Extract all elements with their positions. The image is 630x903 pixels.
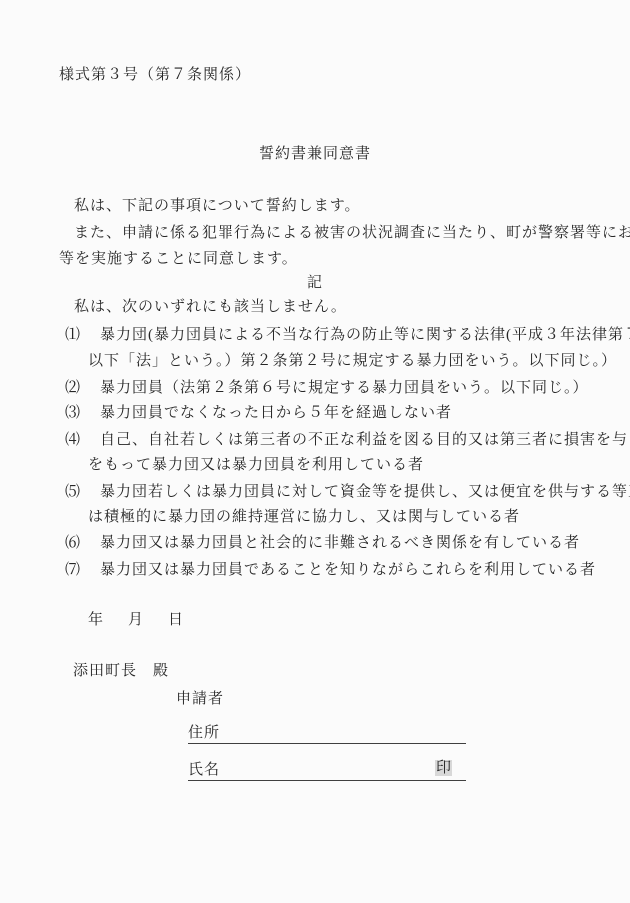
list-item-7: ⑺暴力団又は暴力団員であることを知りながらこれらを利用している者 [65, 561, 596, 579]
item-3-text: 暴力団員でなくなった日から５年を経過しない者 [100, 405, 452, 421]
item-6-number: ⑹ [65, 534, 100, 552]
paragraph-oath: 私は、下記の事項について誓約します。 [74, 197, 361, 215]
list-item-5: ⑸暴力団若しくは暴力団員に対して資金等を提供し、又は便宜を供与する等直接的又 [65, 483, 630, 501]
item-2-text: 暴力団員（法第２条第６号に規定する暴力団員をいう。以下同じ。） [100, 380, 589, 396]
oath-consent-form: 様式第３号（第７条関係） 誓約書兼同意書 私は、下記の事項について誓約します。 … [0, 0, 630, 903]
list-item-4: ⑷自己、自社若しくは第三者の不正な利益を図る目的又は第三者に損害を与える目的 [65, 431, 630, 449]
applicant-label: 申請者 [176, 690, 224, 708]
item-4-text: 自己、自社若しくは第三者の不正な利益を図る目的又は第三者に損害を与える目的 [100, 432, 630, 448]
item-3-number: ⑶ [65, 404, 100, 422]
paragraph-declaration: 私は、次のいずれにも該当しません。 [74, 298, 347, 316]
list-item-1: ⑴暴力団(暴力団員による不当な行為の防止等に関する法律(平成３年法律第７７号。 [65, 326, 630, 344]
date-year-label: 年 [88, 611, 104, 629]
list-item-6: ⑹暴力団又は暴力団員と社会的に非難されるべき関係を有している者 [65, 534, 580, 552]
date-month-label: 月 [128, 611, 144, 629]
list-item-3: ⑶暴力団員でなくなった日から５年を経過しない者 [65, 404, 452, 422]
name-field[interactable]: 氏名 印 [188, 762, 466, 781]
item-5-number: ⑸ [65, 483, 100, 501]
item-5-text: 暴力団若しくは暴力団員に対して資金等を提供し、又は便宜を供与する等直接的又 [100, 484, 630, 500]
paragraph-consent-line2: 等を実施することに同意します。 [59, 250, 298, 268]
form-number: 様式第３号（第７条関係） [59, 66, 251, 84]
addressee: 添田町長 殿 [73, 662, 169, 680]
item-7-text: 暴力団又は暴力団員であることを知りながらこれらを利用している者 [100, 562, 596, 578]
list-item-5-continuation: は積極的に暴力団の維持運営に協力し、又は関与している者 [88, 508, 520, 526]
item-1-text: 暴力団(暴力団員による不当な行為の防止等に関する法律(平成３年法律第７７号。 [100, 327, 630, 343]
document-title: 誓約書兼同意書 [0, 145, 630, 163]
address-label: 住所 [188, 725, 220, 741]
list-item-4-continuation: をもって暴力団又は暴力団員を利用している者 [88, 456, 424, 474]
list-item-1-continuation: 以下「法」という。）第２条第２号に規定する暴力団をいう。以下同じ。） [88, 352, 617, 370]
date-day-label: 日 [168, 611, 184, 629]
paragraph-consent-line1: また、申請に係る犯罪行為による被害の状況調査に当たり、町が警察署等における調査 [74, 224, 630, 242]
ki-heading: 記 [0, 274, 630, 292]
item-2-number: ⑵ [65, 379, 100, 397]
seal-placeholder[interactable]: 印 [435, 760, 452, 776]
item-1-number: ⑴ [65, 326, 100, 344]
name-label: 氏名 [188, 762, 220, 778]
list-item-2: ⑵暴力団員（法第２条第６号に規定する暴力団員をいう。以下同じ。） [65, 379, 589, 397]
address-field[interactable]: 住所 [188, 725, 466, 744]
item-4-number: ⑷ [65, 431, 100, 449]
item-6-text: 暴力団又は暴力団員と社会的に非難されるべき関係を有している者 [100, 535, 580, 551]
item-7-number: ⑺ [65, 561, 100, 579]
